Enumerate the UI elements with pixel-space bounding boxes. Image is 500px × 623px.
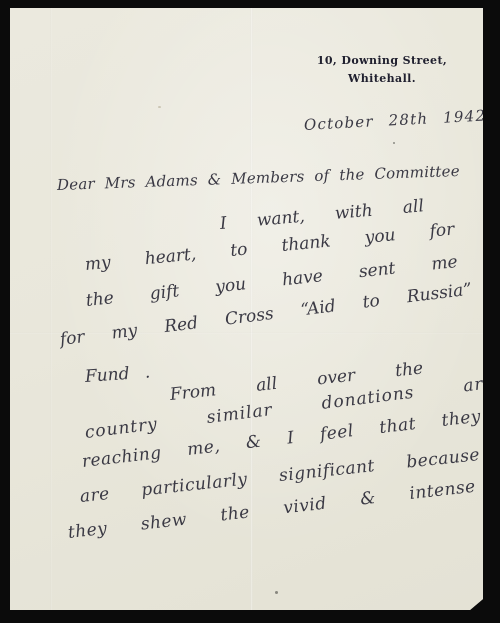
center-fold-crease (250, 8, 253, 610)
handwritten-line: for my Red Cross “Aid to Russia” (59, 280, 473, 350)
handwritten-line: reaching me, & I feel that they (81, 407, 482, 472)
letter-paper: 10, Downing Street, Whitehall. October 2… (10, 8, 483, 610)
letterhead: 10, Downing Street, Whitehall. (307, 54, 457, 85)
handwritten-line: country similar donations are (84, 373, 496, 443)
handwritten-line: Fund . (84, 362, 151, 387)
handwritten-line: my heart, to thank you for (84, 219, 455, 274)
left-fold-crease (50, 8, 52, 610)
horizontal-fold-crease (10, 332, 483, 334)
handwritten-line: I want, with all (219, 196, 425, 234)
handwritten-line: the gift you have sent me (85, 252, 459, 311)
handwritten-line: From all over the (169, 358, 424, 404)
salutation-line: Dear Mrs Adams & Members of the Committe… (57, 162, 460, 194)
letterhead-city: Whitehall. (307, 72, 457, 85)
ink-speck (275, 591, 278, 594)
paper-blemish (158, 106, 161, 108)
handwritten-line: they shew the vivid & intense (67, 477, 477, 543)
handwritten-line: are particularly significant because (79, 445, 481, 507)
letterhead-address: 10, Downing Street, (307, 54, 457, 67)
photo-background: 10, Downing Street, Whitehall. October 2… (0, 0, 500, 623)
handwritten-date: October 28th 1942 (304, 106, 487, 134)
ink-speck (393, 142, 395, 144)
